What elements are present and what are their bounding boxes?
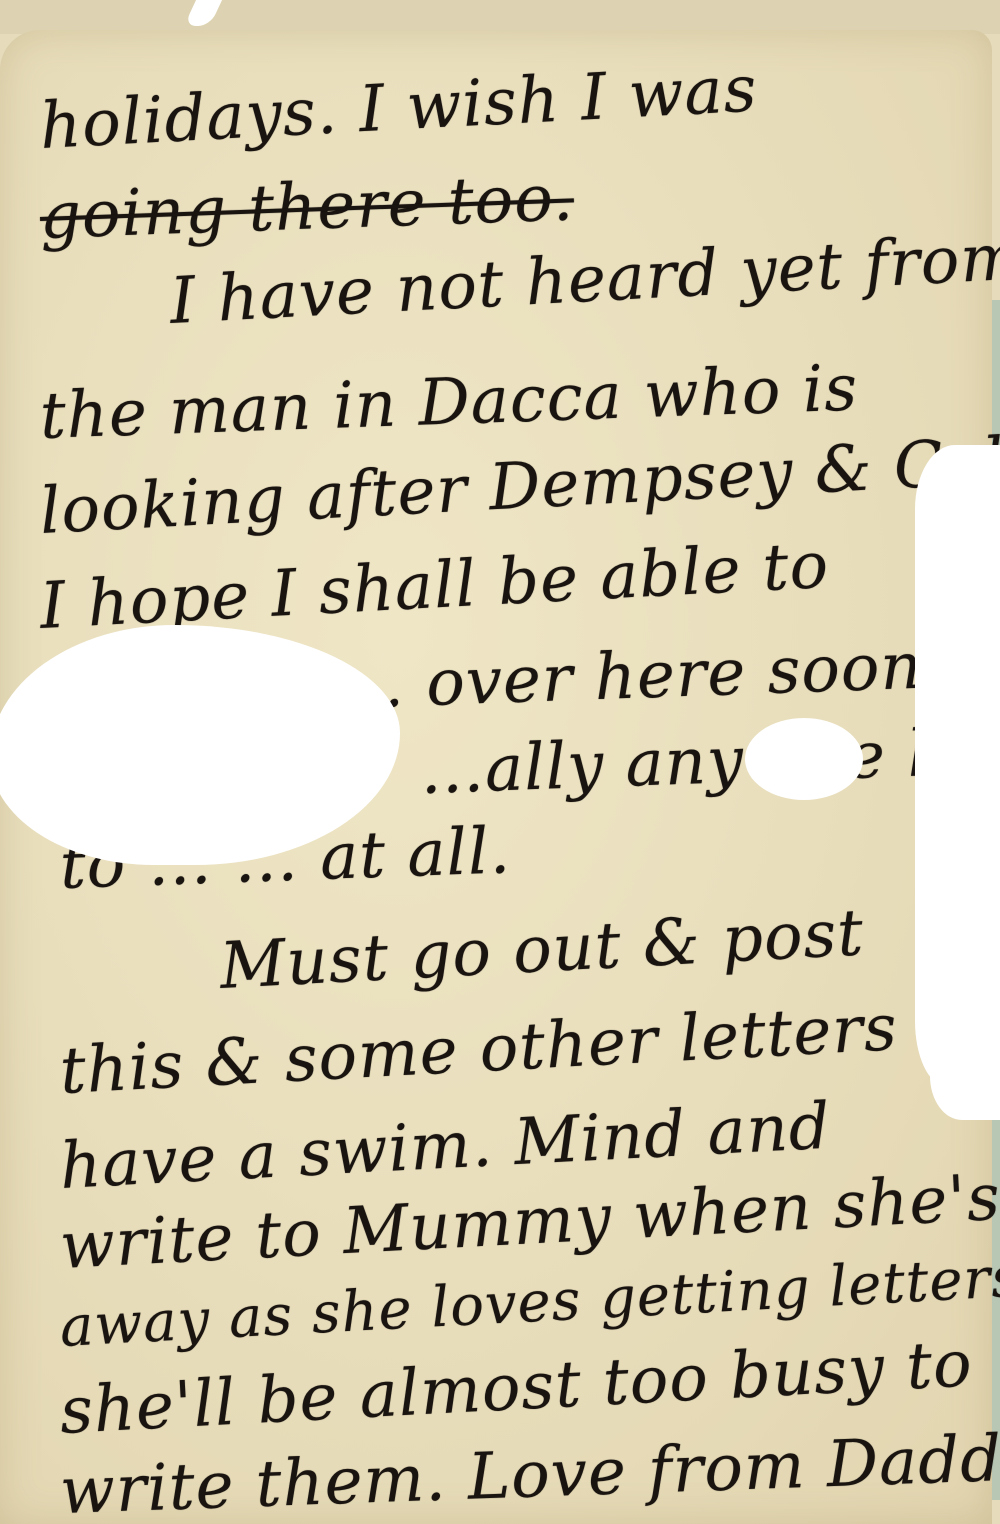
letter-line-10: Must go out & post	[218, 896, 866, 1004]
torn-edge-right-lower	[930, 1010, 1000, 1120]
letter-line-11: this & some other letters &	[58, 987, 978, 1109]
letter-line-7: … over here soon a…	[339, 625, 1000, 724]
underlying-page-scrap	[0, 0, 1000, 34]
letter-line-2: going there too.	[39, 161, 575, 254]
torn-edge-right	[915, 445, 1000, 1085]
letter-line-8: …ally any one here	[419, 713, 1000, 809]
letter-line-1: holidays. I wish I was	[38, 52, 759, 163]
torn-hole-center	[745, 718, 863, 800]
